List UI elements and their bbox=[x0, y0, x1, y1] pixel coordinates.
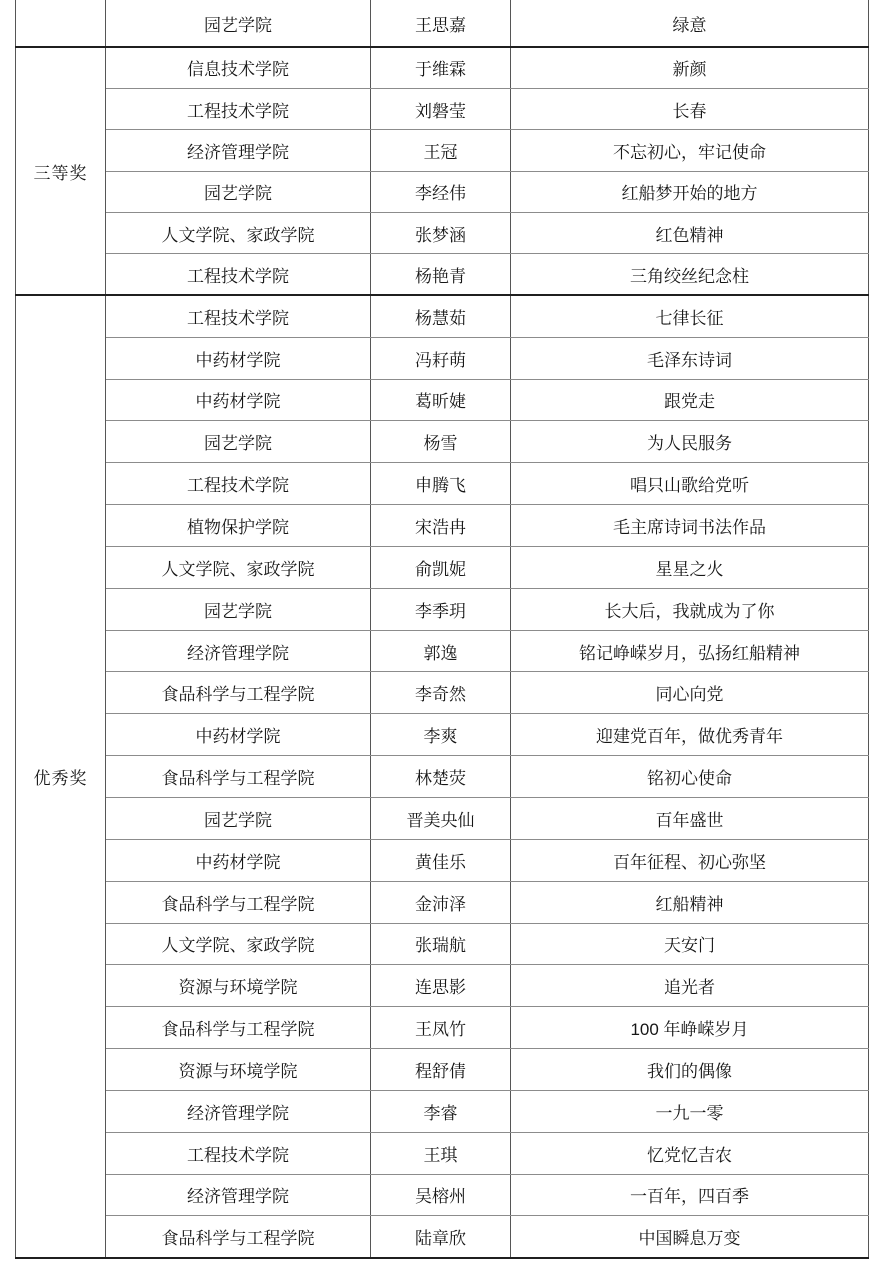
name-cell: 葛昕婕 bbox=[371, 379, 511, 421]
name-cell: 于维霖 bbox=[371, 47, 511, 88]
name-cell: 李睿 bbox=[371, 1090, 511, 1132]
college-cell: 经济管理学院 bbox=[106, 1174, 371, 1216]
college-cell: 园艺学院 bbox=[106, 0, 371, 47]
name-cell: 陆章欣 bbox=[371, 1216, 511, 1258]
title-cell: 星星之火 bbox=[511, 546, 869, 588]
table-row: 园艺学院晋美央仙百年盛世 bbox=[16, 797, 869, 839]
title-cell: 100 年峥嵘岁月 bbox=[511, 1007, 869, 1049]
college-cell: 经济管理学院 bbox=[106, 630, 371, 672]
college-cell: 工程技术学院 bbox=[106, 1132, 371, 1174]
name-cell: 林楚荧 bbox=[371, 756, 511, 798]
table-row: 工程技术学院王琪忆党忆吉农 bbox=[16, 1132, 869, 1174]
college-cell: 食品科学与工程学院 bbox=[106, 756, 371, 798]
college-cell: 中药材学院 bbox=[106, 714, 371, 756]
name-cell: 王琪 bbox=[371, 1132, 511, 1174]
title-cell: 一百年，四百季 bbox=[511, 1174, 869, 1216]
college-cell: 食品科学与工程学院 bbox=[106, 672, 371, 714]
title-cell: 天安门 bbox=[511, 923, 869, 965]
title-cell: 跟党走 bbox=[511, 379, 869, 421]
table-row: 食品科学与工程学院李奇然同心向党 bbox=[16, 672, 869, 714]
table-row: 园艺学院李季玥长大后，我就成为了你 bbox=[16, 588, 869, 630]
table-row: 经济管理学院吴榕州一百年，四百季 bbox=[16, 1174, 869, 1216]
title-cell: 为人民服务 bbox=[511, 421, 869, 463]
college-cell: 人文学院、家政学院 bbox=[106, 213, 371, 254]
table-row: 资源与环境学院程舒倩我们的偶像 bbox=[16, 1049, 869, 1091]
name-cell: 金沛泽 bbox=[371, 881, 511, 923]
table-row: 食品科学与工程学院金沛泽红船精神 bbox=[16, 881, 869, 923]
name-cell: 李季玥 bbox=[371, 588, 511, 630]
table-row: 工程技术学院杨艳青三角绞丝纪念柱 bbox=[16, 254, 869, 295]
name-cell: 张梦涵 bbox=[371, 213, 511, 254]
name-cell: 王凤竹 bbox=[371, 1007, 511, 1049]
title-cell: 我们的偶像 bbox=[511, 1049, 869, 1091]
table-row: 植物保护学院宋浩冉毛主席诗词书法作品 bbox=[16, 505, 869, 547]
table-row: 经济管理学院李睿一九一零 bbox=[16, 1090, 869, 1132]
table-row: 食品科学与工程学院陆章欣中国瞬息万变 bbox=[16, 1216, 869, 1258]
college-cell: 人文学院、家政学院 bbox=[106, 923, 371, 965]
table-row-leading: 园艺学院王思嘉绿意 bbox=[16, 0, 869, 47]
name-cell: 杨雪 bbox=[371, 421, 511, 463]
college-cell: 园艺学院 bbox=[106, 588, 371, 630]
award-cell-empty bbox=[16, 0, 106, 47]
title-cell: 迎建党百年，做优秀青年 bbox=[511, 714, 869, 756]
college-cell: 工程技术学院 bbox=[106, 88, 371, 129]
title-cell: 毛泽东诗词 bbox=[511, 337, 869, 379]
college-cell: 植物保护学院 bbox=[106, 505, 371, 547]
table-row: 三等奖信息技术学院于维霖新颜 bbox=[16, 47, 869, 88]
title-cell: 唱只山歌给党听 bbox=[511, 463, 869, 505]
college-cell: 中药材学院 bbox=[106, 337, 371, 379]
college-cell: 园艺学院 bbox=[106, 797, 371, 839]
table-row: 优秀奖工程技术学院杨慧茹七律长征 bbox=[16, 295, 869, 337]
title-cell: 红船梦开始的地方 bbox=[511, 171, 869, 212]
name-cell: 连思影 bbox=[371, 965, 511, 1007]
table-row: 园艺学院杨雪为人民服务 bbox=[16, 421, 869, 463]
title-cell: 绿意 bbox=[511, 0, 869, 47]
table-row: 人文学院、家政学院俞凯妮星星之火 bbox=[16, 546, 869, 588]
award-cell: 三等奖 bbox=[16, 47, 106, 295]
college-cell: 资源与环境学院 bbox=[106, 1049, 371, 1091]
college-cell: 中药材学院 bbox=[106, 379, 371, 421]
title-cell: 追光者 bbox=[511, 965, 869, 1007]
college-cell: 食品科学与工程学院 bbox=[106, 1216, 371, 1258]
name-cell: 郭逸 bbox=[371, 630, 511, 672]
college-cell: 工程技术学院 bbox=[106, 254, 371, 295]
name-cell: 晋美央仙 bbox=[371, 797, 511, 839]
name-cell: 申腾飞 bbox=[371, 463, 511, 505]
page: { "table": { "description_columns": ["aw… bbox=[0, 0, 882, 1269]
table-row: 食品科学与工程学院林楚荧铭初心使命 bbox=[16, 756, 869, 798]
title-cell: 一九一零 bbox=[511, 1090, 869, 1132]
table-row: 经济管理学院王冠不忘初心，牢记使命 bbox=[16, 130, 869, 171]
table-row: 资源与环境学院连思影追光者 bbox=[16, 965, 869, 1007]
college-cell: 信息技术学院 bbox=[106, 47, 371, 88]
table-row: 园艺学院李经伟红船梦开始的地方 bbox=[16, 171, 869, 212]
table-row: 中药材学院葛昕婕跟党走 bbox=[16, 379, 869, 421]
name-cell: 杨艳青 bbox=[371, 254, 511, 295]
name-cell: 程舒倩 bbox=[371, 1049, 511, 1091]
title-cell: 新颜 bbox=[511, 47, 869, 88]
college-cell: 资源与环境学院 bbox=[106, 965, 371, 1007]
table-row: 工程技术学院申腾飞唱只山歌给党听 bbox=[16, 463, 869, 505]
college-cell: 经济管理学院 bbox=[106, 130, 371, 171]
award-results-table: 园艺学院王思嘉绿意三等奖信息技术学院于维霖新颜工程技术学院刘磐莹长春经济管理学院… bbox=[15, 0, 869, 1259]
college-cell: 人文学院、家政学院 bbox=[106, 546, 371, 588]
name-cell: 杨慧茹 bbox=[371, 295, 511, 337]
college-cell: 工程技术学院 bbox=[106, 463, 371, 505]
title-cell: 铭初心使命 bbox=[511, 756, 869, 798]
name-cell: 王冠 bbox=[371, 130, 511, 171]
table-row: 人文学院、家政学院张梦涵红色精神 bbox=[16, 213, 869, 254]
college-cell: 食品科学与工程学院 bbox=[106, 881, 371, 923]
table-row: 中药材学院李爽迎建党百年，做优秀青年 bbox=[16, 714, 869, 756]
college-cell: 工程技术学院 bbox=[106, 295, 371, 337]
title-cell: 红船精神 bbox=[511, 881, 869, 923]
college-cell: 经济管理学院 bbox=[106, 1090, 371, 1132]
title-cell: 长春 bbox=[511, 88, 869, 129]
name-cell: 李经伟 bbox=[371, 171, 511, 212]
title-cell: 红色精神 bbox=[511, 213, 869, 254]
table-row: 中药材学院冯耔萌毛泽东诗词 bbox=[16, 337, 869, 379]
table-row: 食品科学与工程学院王凤竹100 年峥嵘岁月 bbox=[16, 1007, 869, 1049]
name-cell: 张瑞航 bbox=[371, 923, 511, 965]
college-cell: 园艺学院 bbox=[106, 421, 371, 463]
table-row: 经济管理学院郭逸铭记峥嵘岁月，弘扬红船精神 bbox=[16, 630, 869, 672]
name-cell: 宋浩冉 bbox=[371, 505, 511, 547]
college-cell: 中药材学院 bbox=[106, 839, 371, 881]
award-cell: 优秀奖 bbox=[16, 295, 106, 1257]
name-cell: 刘磐莹 bbox=[371, 88, 511, 129]
table-row: 工程技术学院刘磐莹长春 bbox=[16, 88, 869, 129]
table-body: 园艺学院王思嘉绿意三等奖信息技术学院于维霖新颜工程技术学院刘磐莹长春经济管理学院… bbox=[16, 0, 869, 1258]
name-cell: 冯耔萌 bbox=[371, 337, 511, 379]
title-cell: 七律长征 bbox=[511, 295, 869, 337]
title-cell: 百年征程、初心弥坚 bbox=[511, 839, 869, 881]
title-cell: 三角绞丝纪念柱 bbox=[511, 254, 869, 295]
name-cell: 李爽 bbox=[371, 714, 511, 756]
title-cell: 中国瞬息万变 bbox=[511, 1216, 869, 1258]
title-cell: 铭记峥嵘岁月，弘扬红船精神 bbox=[511, 630, 869, 672]
title-cell: 百年盛世 bbox=[511, 797, 869, 839]
title-cell: 毛主席诗词书法作品 bbox=[511, 505, 869, 547]
name-cell: 李奇然 bbox=[371, 672, 511, 714]
title-cell: 同心向党 bbox=[511, 672, 869, 714]
college-cell: 园艺学院 bbox=[106, 171, 371, 212]
college-cell: 食品科学与工程学院 bbox=[106, 1007, 371, 1049]
title-cell: 忆党忆吉农 bbox=[511, 1132, 869, 1174]
table-row: 人文学院、家政学院张瑞航天安门 bbox=[16, 923, 869, 965]
name-cell: 黄佳乐 bbox=[371, 839, 511, 881]
table-row: 中药材学院黄佳乐百年征程、初心弥坚 bbox=[16, 839, 869, 881]
name-cell: 俞凯妮 bbox=[371, 546, 511, 588]
title-cell: 长大后，我就成为了你 bbox=[511, 588, 869, 630]
name-cell: 王思嘉 bbox=[371, 0, 511, 47]
name-cell: 吴榕州 bbox=[371, 1174, 511, 1216]
title-cell: 不忘初心，牢记使命 bbox=[511, 130, 869, 171]
